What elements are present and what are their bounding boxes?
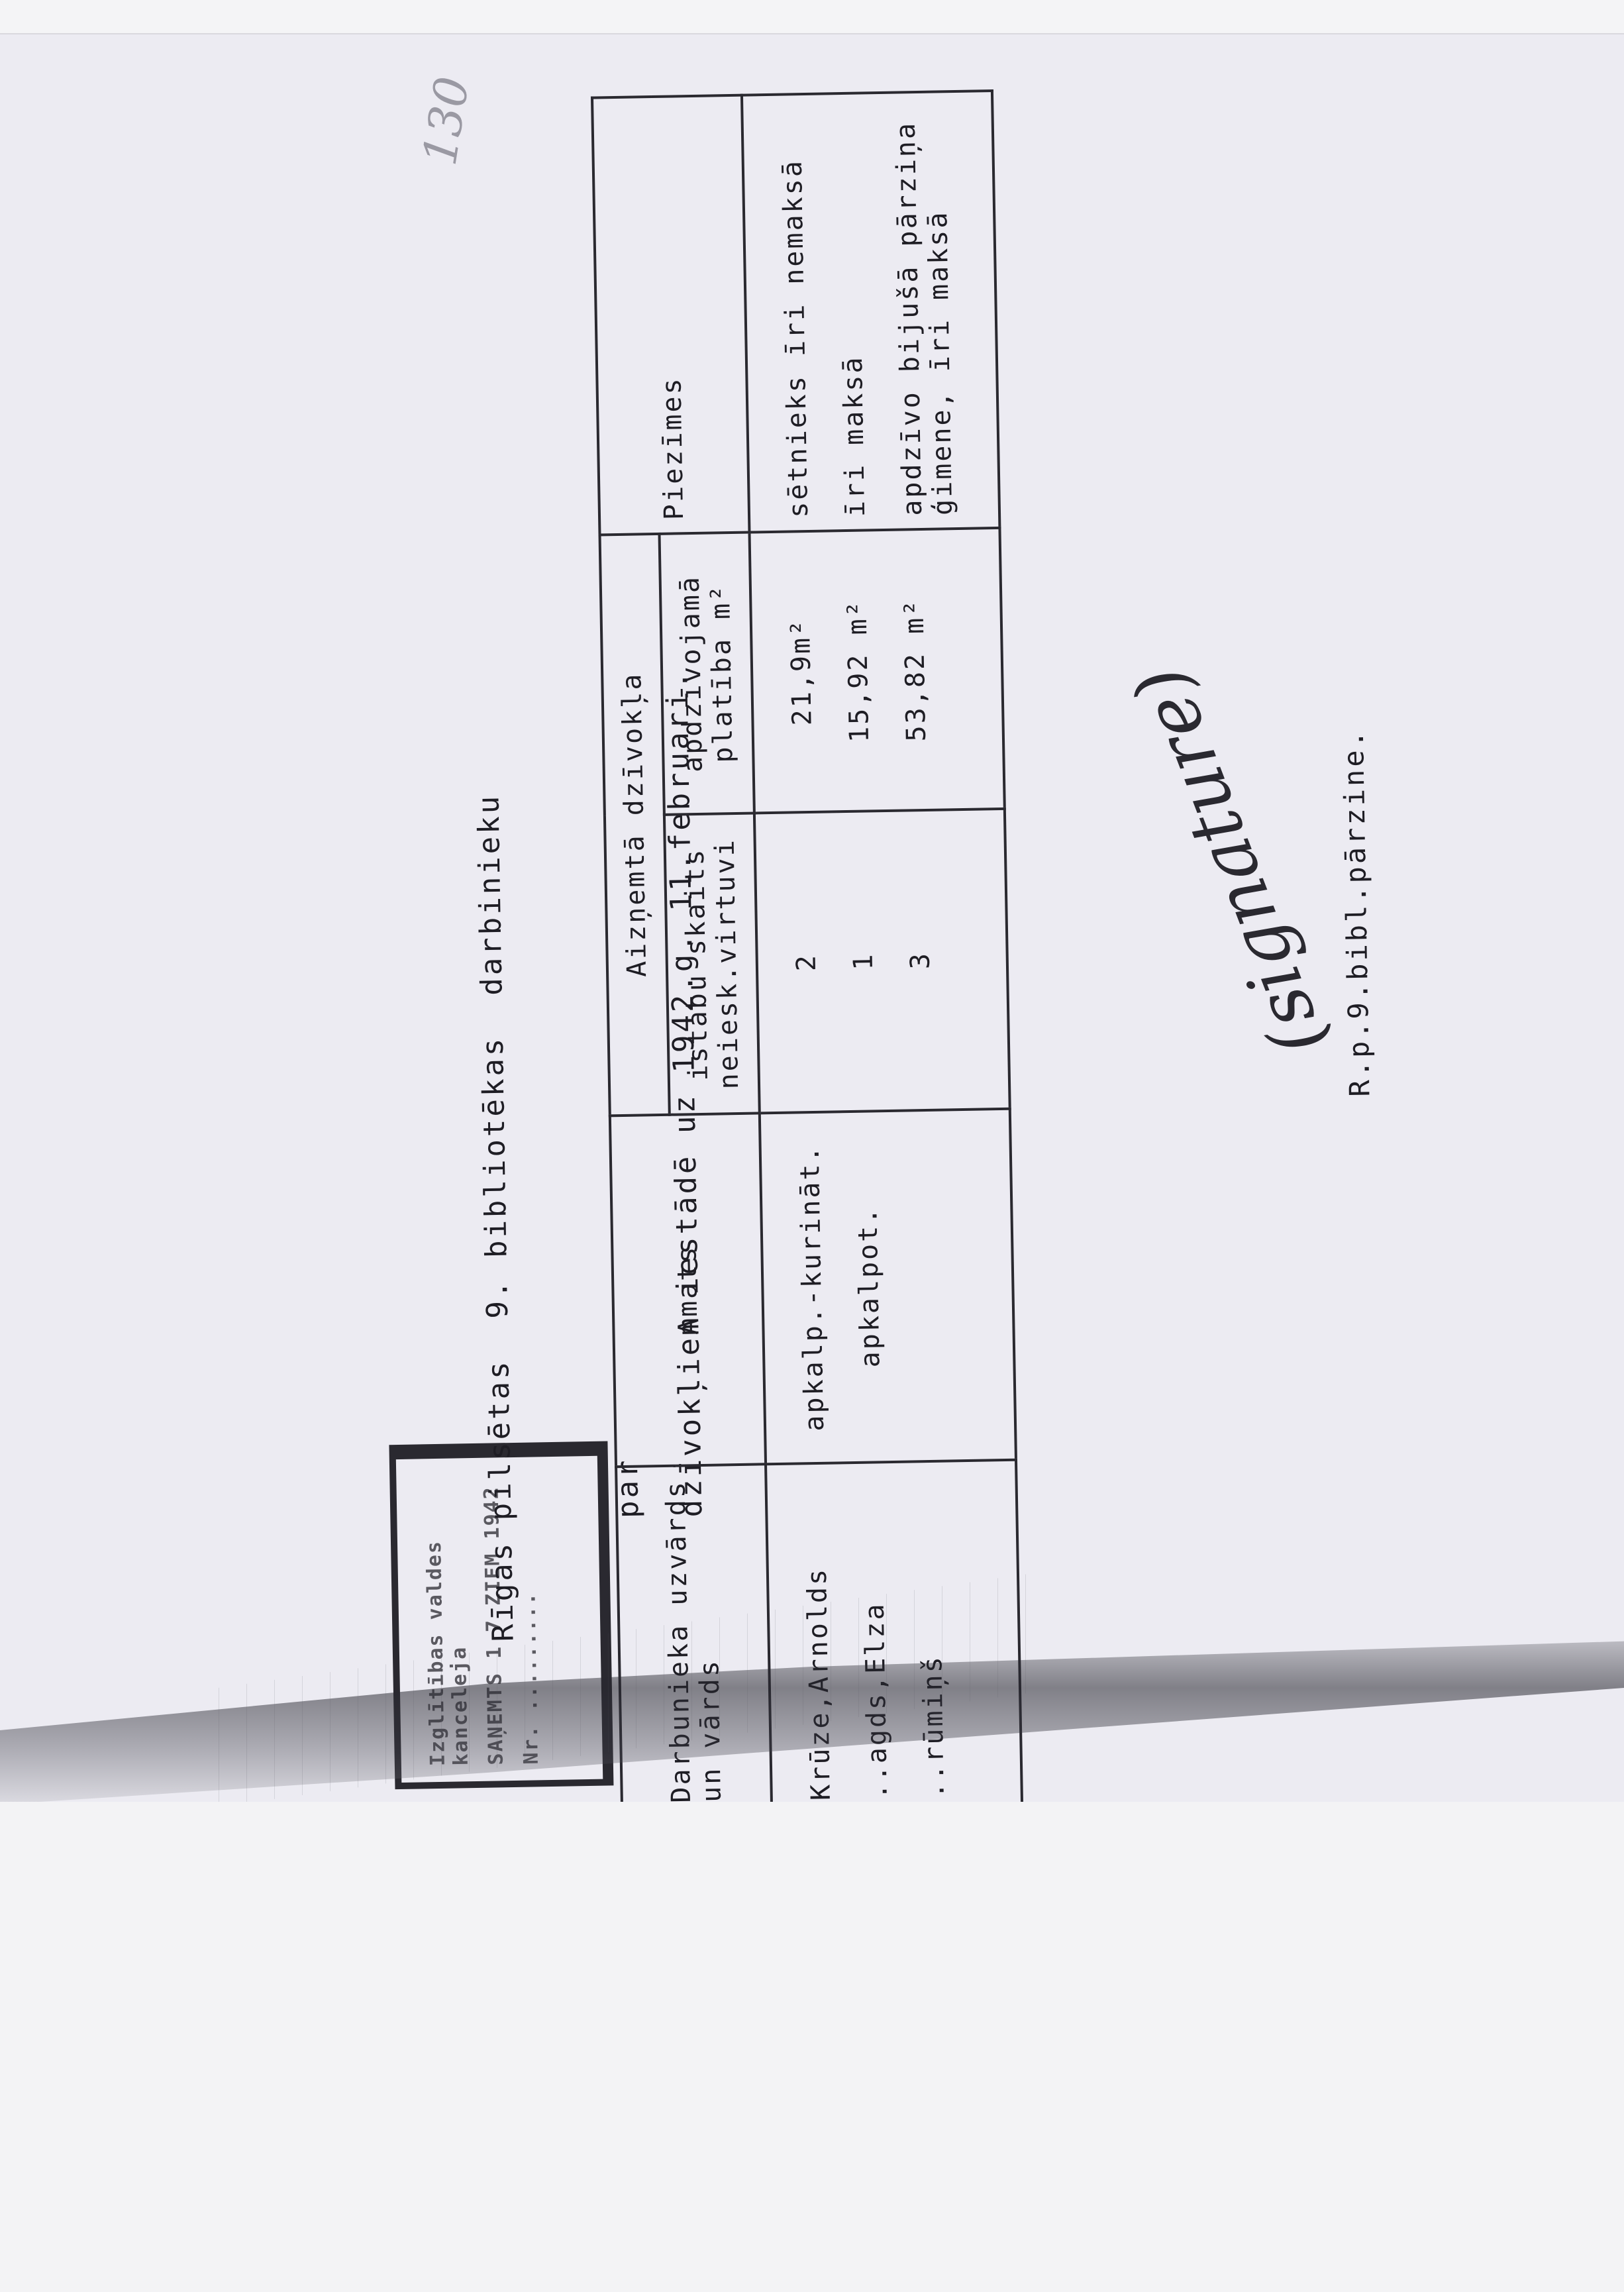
rooms-cell: 2 1 3 xyxy=(754,809,1010,1113)
table-body-row: Krūze,Arnolds ..agds,Elza ..rūmiņš apkal… xyxy=(742,91,1022,1814)
page-number: 130 xyxy=(413,73,480,169)
row-3-role xyxy=(908,1123,914,1448)
row-2-rooms: 1 xyxy=(846,825,881,1098)
header-rooms: istabu skaits neiesk.virtuvi xyxy=(664,813,760,1115)
row-2-area: 15,92 m² xyxy=(841,543,876,799)
row-1-rooms: 2 xyxy=(789,825,824,1099)
header-group-apartment: Aizņemtā dzīvokļa xyxy=(600,533,670,1116)
header-role: Amats xyxy=(610,1113,766,1467)
row-1-role: apkalp.-kurināt. xyxy=(794,1125,831,1451)
notes-cell: sētnieks īri nemaksā īri maksā apdzīvo b… xyxy=(742,91,999,532)
scan-blank-area xyxy=(0,1802,1624,2292)
housing-table: Darbunieka uzvārds un vārds Amats Aizņem… xyxy=(591,89,1023,1818)
row-1-area: 21,9m² xyxy=(784,544,819,800)
row-2-role: apkalpot. xyxy=(851,1124,888,1449)
row-3-rooms: 3 xyxy=(903,823,938,1097)
header-notes: Piezīmes xyxy=(592,95,749,535)
signatory-title: R.p.9.bibl.pārzine. xyxy=(1337,728,1376,1097)
area-cell: 21,9m² 15,92 m² 53,82 m² xyxy=(749,527,1004,813)
roles-cell: apkalp.-kurināt. apkalpot. xyxy=(760,1109,1016,1465)
row-2-notes: īri maksā xyxy=(833,106,871,517)
header-area: apdzīvojamā platība m² xyxy=(659,532,754,815)
row-1-notes: sētnieks īri nemaksā xyxy=(776,107,814,518)
row-3-area: 53,82 m² xyxy=(898,542,933,798)
handwritten-signature: (signature) xyxy=(1117,655,1343,1067)
row-3-notes: apdzīvo bijušā pārziņa ģimene, īri maksā xyxy=(890,105,958,516)
